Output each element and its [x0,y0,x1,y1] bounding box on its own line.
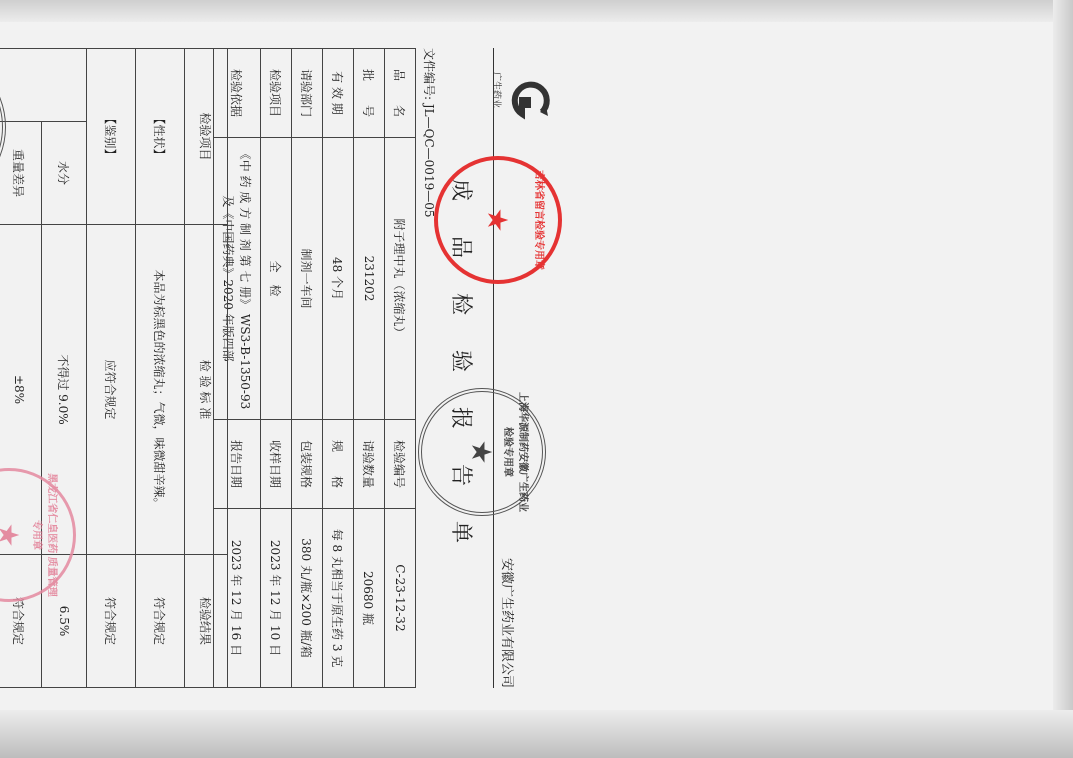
test-item: 水分 [42,122,87,225]
inspection-report-sheet: 广生药业 安徽广生药业有限公司 成 品 检 验 报 告 单 文件编号: JL—Q… [0,48,566,688]
star-icon: ★ [482,207,515,232]
star-icon: ★ [0,522,26,547]
info-row: 请验部门制剂一车间包装规格380 丸/瓶×200 瓶/箱 [292,49,323,688]
info-label-2: 包装规格 [292,420,323,509]
report-title: 成 品 检 验 报 告 单 [447,48,478,688]
table-row: 【性状】 本品为棕黑色的浓缩丸；气微，味微甜辛辣。 符合规定 [136,49,185,688]
header-item: 检验项目 [185,49,228,225]
info-label: 检验项目 [261,49,292,138]
document-number-label: 文件编号: [422,48,436,100]
info-label: 批 号 [354,49,385,138]
info-value: 48 个月 [323,138,354,420]
info-label: 品 名 [385,49,416,138]
info-label-2: 请验数量 [354,420,385,509]
info-row: 检验项目全 检收样日期2023 年 12 月 10 日 [261,49,292,688]
info-label: 请验部门 [292,49,323,138]
tests-header-row: 检验项目 检 验 标 准 检验结果 [185,49,228,688]
scan-edge-right [1053,0,1073,758]
info-value: 231202 [354,138,385,420]
gray-qc-stamp-top: ★ 上海华源制药安徽广生药业 检验专用章 [418,388,546,516]
test-group: 【鉴别】 [87,49,136,225]
table-row: 【鉴别】 应符合规定 符合规定 [87,49,136,688]
company-logo-icon [508,76,552,120]
red-official-stamp: ★ 吉林省留言检验专用章 [434,156,562,284]
info-value-2: 380 丸/瓶×200 瓶/箱 [292,509,323,688]
company-name: 安徽广生药业有限公司 [499,558,518,688]
info-label-2: 检验编号 [385,420,416,509]
info-value-2: 20680 瓶 [354,509,385,688]
header-divider [493,48,494,688]
test-standard: 应符合规定 [87,225,136,555]
scan-edge-top [0,0,1073,22]
test-item: 重量差异 [0,122,42,225]
product-info-table: 品 名附子理中丸（浓缩丸）检验编号C-23-12-32批 号231202请验数量… [213,48,416,688]
test-result: 符合规定 [87,555,136,688]
header-standard: 检 验 标 准 [185,225,228,555]
info-value: 全 检 [261,138,292,420]
info-row: 批 号231202请验数量20680 瓶 [354,49,385,688]
header-result: 检验结果 [185,555,228,688]
info-value-2: 每 8 丸相当于原生药 3 克 [323,509,354,688]
report-header: 广生药业 安徽广生药业有限公司 [476,48,566,688]
test-result: 符合规定 [136,555,185,688]
info-label: 有 效 期 [323,49,354,138]
test-group: 【性状】 [136,49,185,225]
info-label-2: 规 格 [323,420,354,509]
info-row: 品 名附子理中丸（浓缩丸）检验编号C-23-12-32 [385,49,416,688]
test-standard: 本品为棕黑色的浓缩丸；气微，味微甜辛辣。 [136,225,185,555]
document-number: 文件编号: JL—QC—0019—05 [421,48,438,217]
document-number-value: JL—QC—0019—05 [422,104,436,218]
scan-edge-bottom [0,710,1073,758]
info-value: 附子理中丸（浓缩丸） [385,138,416,420]
info-label-2: 收样日期 [261,420,292,509]
info-row: 有 效 期48 个月规 格每 8 丸相当于原生药 3 克 [323,49,354,688]
info-value-2: 2023 年 12 月 10 日 [261,509,292,688]
info-value: 制剂一车间 [292,138,323,420]
star-icon: ★ [466,439,499,464]
info-value-2: C-23-12-32 [385,509,416,688]
test-group: 【检查】 [0,49,87,122]
